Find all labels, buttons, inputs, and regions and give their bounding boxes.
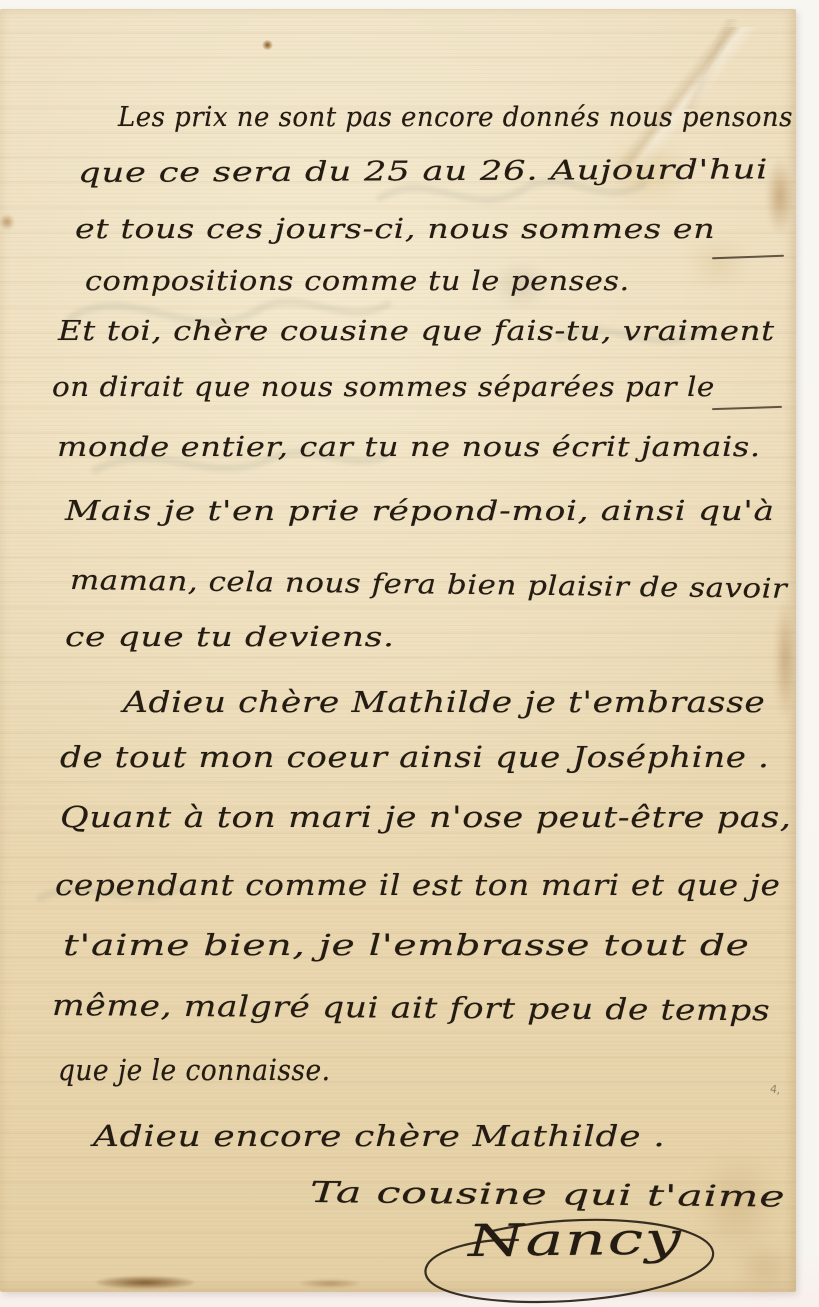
letter-line: cependant comme il est ton mari et que j… <box>55 868 780 902</box>
letter-line: même, malgré qui ait fort peu de temps <box>52 988 771 1027</box>
letter-line: on dirait que nous sommes séparées par l… <box>52 371 715 405</box>
letter-line: Adieu encore chère Mathilde . <box>93 1119 665 1153</box>
letter-line: Les prix ne sont pas encore donnés nous … <box>118 101 793 135</box>
letter-line: de tout mon coeur ainsi que Joséphine . <box>60 740 769 774</box>
signature: Nancy <box>468 1222 683 1259</box>
letter-line: ce que tu deviens. <box>65 621 395 655</box>
letter-line: et tous ces jours-ci, nous sommes en <box>75 213 715 247</box>
photo-background: { "photo": { "backdrop_color": "#f8f6f1"… <box>0 0 819 1307</box>
letter-line: Ta cousine qui t'aime <box>310 1175 786 1213</box>
letter-line: Mais je t'en prie répond-moi, ainsi qu'à <box>65 495 775 529</box>
ink-showthrough <box>0 18 796 1301</box>
letter-line: compositions comme tu le penses. <box>85 265 630 299</box>
letter-line: Quant à ton mari je n'ose peut-être pas, <box>60 800 792 834</box>
letter-line: t'aime bien, je l'embrasse tout de <box>63 928 750 962</box>
letter-line: que je le connaisse. <box>58 1053 330 1087</box>
letter-line: Et toi, chère cousine que fais-tu, vraim… <box>58 315 775 349</box>
letter-line: monde entier, car tu ne nous écrit jamai… <box>57 431 761 465</box>
letter-paper: Les prix ne sont pas encore donnés nous … <box>0 9 796 1292</box>
letter-line: que ce sera du 25 au 26. Aujourd'hui <box>78 153 768 191</box>
letter-line: Adieu chère Mathilde je t'embrasse <box>123 685 765 719</box>
pencil-mark: 4, <box>769 1082 781 1096</box>
